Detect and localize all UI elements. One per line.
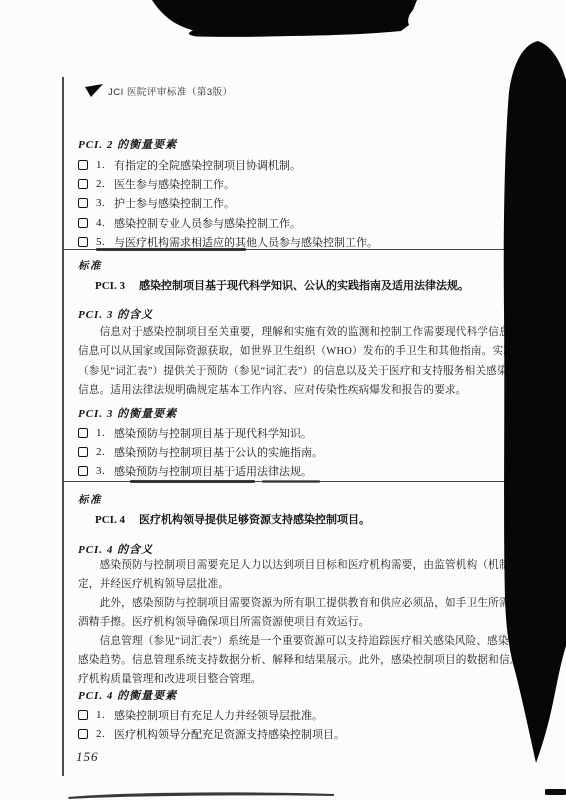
- pci3-meaning-heading: PCI. 3 的含义: [78, 306, 153, 322]
- pci2-measures-heading: PCI. 2 的衡量要素: [78, 136, 177, 152]
- standard-label: 标准: [78, 492, 102, 507]
- checkbox-icon: [78, 729, 88, 739]
- item-text: 医生参与感染控制工作。: [114, 176, 235, 192]
- item-number: 3.: [96, 197, 114, 209]
- pci4-measures-heading: PCI. 4 的衡量要素: [78, 687, 177, 703]
- header-flag: [84, 84, 104, 98]
- page-number: 156: [76, 749, 99, 765]
- item-number: 2.: [96, 728, 114, 740]
- item-text: 感染预防与控制项目基于公认的实施指南。: [114, 444, 323, 460]
- running-header-title: JCI 医院评审标准（第3版）: [108, 84, 233, 98]
- checkbox-icon: [78, 218, 88, 228]
- paragraph-line: 信息对于感染控制项目至关重要，理解和实施有效的监测和控制工作需要现代科学信息，这…: [78, 323, 542, 342]
- checkbox-icon: [78, 710, 88, 720]
- checkbox-icon: [78, 179, 88, 189]
- checklist-item: 1. 有指定的全院感染控制项目协调机制。: [78, 155, 378, 174]
- item-number: 2.: [96, 178, 114, 190]
- flag-icon: [84, 84, 104, 98]
- scanned-book-page: JCI 医院评审标准（第3版） PCI. 2 的衡量要素 1. 有指定的全院感染…: [0, 0, 566, 800]
- item-text: 感染预防与控制项目基于适用法律法规。: [114, 463, 312, 479]
- pci4-measures-list: 1. 感染控制项目有充足人力并经领导层批准。 2. 医疗机构领导分配充足资源支持…: [78, 705, 345, 744]
- page-gutter-line: [62, 77, 64, 776]
- checklist-item: 3. 护士参与感染控制工作。: [78, 194, 378, 213]
- standard-statement: PCI. 4医疗机构领导提供足够资源支持感染控制项目。: [95, 511, 370, 527]
- paragraph-line: 感染预防与控制项目需要充足人力以达到项目目标和医疗机构需要，由监管机构（机制）确: [78, 556, 542, 575]
- checkbox-icon: [78, 428, 88, 438]
- standard-statement: PCI. 3感染控制项目基于现代科学知识、公认的实践指南及适用法律法规。: [95, 277, 469, 293]
- paragraph-line: 酒精手擦。医疗机构领导确保项目所需资源使项目有效运行。: [78, 613, 542, 632]
- pci3-measures-list: 1. 感染预防与控制项目基于现代科学知识。 2. 感染预防与控制项目基于公认的实…: [78, 423, 323, 481]
- paragraph-line: 信息。适用法律法规明确规定基本工作内容、应对传染性疾病爆发和报告的要求。: [78, 381, 542, 400]
- pci3-meaning-paragraph: 信息对于感染控制项目至关重要，理解和实施有效的监测和控制工作需要现代科学信息，这…: [78, 323, 542, 400]
- checklist-item: 2. 感染预防与控制项目基于公认的实施指南。: [78, 442, 323, 461]
- item-number: 1.: [96, 709, 114, 721]
- paragraph-line: 感染趋势。信息管理系统支持数据分析、解释和结果展示。此外，感染控制项目的数据和信…: [78, 651, 542, 670]
- pci2-measures-list: 1. 有指定的全院感染控制项目协调机制。 2. 医生参与感染控制工作。 3. 护…: [78, 155, 378, 251]
- checklist-item: 1. 感染预防与控制项目基于现代科学知识。: [78, 423, 323, 442]
- checkbox-icon: [78, 160, 88, 170]
- checklist-item: 1. 感染控制项目有充足人力并经领导层批准。: [78, 705, 345, 724]
- checklist-item: 3. 感染预防与控制项目基于适用法律法规。: [78, 462, 323, 481]
- item-number: 5.: [96, 236, 114, 248]
- section-divider-ink: [262, 480, 320, 482]
- checklist-item: 2. 医生参与感染控制工作。: [78, 174, 378, 193]
- standard-text: 医疗机构领导提供足够资源支持感染控制项目。: [139, 514, 370, 526]
- checkbox-icon: [78, 237, 88, 247]
- item-text: 感染预防与控制项目基于现代科学知识。: [114, 425, 312, 441]
- standard-code: PCI. 3: [95, 280, 125, 292]
- checklist-item: 4. 感染控制专业人员参与感染控制工作。: [78, 213, 378, 232]
- scan-ink-blob-top: [150, 0, 417, 37]
- paragraph-line: 此外，感染预防与控制项目需要资源为所有职工提供教育和供应必须品，如手卫生所需要的: [78, 594, 542, 613]
- checkbox-icon: [78, 198, 88, 208]
- item-number: 2.: [96, 446, 114, 458]
- item-text: 医疗机构领导分配充足资源支持感染控制项目。: [114, 726, 345, 742]
- checkbox-icon: [78, 447, 88, 457]
- pci4-meaning-paragraph: 感染预防与控制项目需要充足人力以达到项目目标和医疗机构需要，由监管机构（机制）确…: [78, 556, 542, 689]
- paragraph-line: （参见“词汇表”）提供关于预防（参见“词汇表”）的信息以及关于医疗和支持服务相关…: [78, 362, 542, 381]
- pci3-measures-heading: PCI. 3 的衡量要素: [78, 405, 177, 421]
- standard-label: 标准: [78, 258, 102, 273]
- standard-text: 感染控制项目基于现代科学知识、公认的实践指南及适用法律法规。: [139, 280, 469, 292]
- item-number: 1.: [96, 427, 114, 439]
- checklist-item: 2. 医疗机构领导分配充足资源支持感染控制项目。: [78, 724, 345, 743]
- item-text: 有指定的全院感染控制项目协调机制。: [114, 157, 301, 173]
- scan-ink-dash: [545, 789, 566, 795]
- paragraph-line: 信息管理（参见“词汇表”）系统是一个重要资源可以支持追踪医疗相关感染风险、感染率…: [78, 632, 542, 651]
- paragraph-line: 信息可以从国家或国际资源获取，如世界卫生组织（WHO）发布的手卫生和其他指南。实…: [78, 342, 542, 361]
- section-divider-ink: [96, 248, 246, 250]
- item-number: 3.: [96, 465, 114, 477]
- item-number: 1.: [96, 159, 114, 171]
- pci4-meaning-heading: PCI. 4 的含义: [78, 541, 153, 557]
- item-text: 感染控制项目有充足人力并经领导层批准。: [114, 707, 323, 723]
- item-text: 感染控制专业人员参与感染控制工作。: [114, 215, 301, 231]
- section-divider-ink: [130, 480, 255, 482]
- standard-code: PCI. 4: [95, 514, 125, 526]
- item-number: 4.: [96, 217, 114, 229]
- scan-smudge-bottom: [68, 792, 334, 799]
- checkbox-icon: [78, 466, 88, 476]
- item-text: 护士参与感染控制工作。: [114, 195, 235, 211]
- paragraph-line: 定，并经医疗机构领导层批准。: [78, 575, 542, 594]
